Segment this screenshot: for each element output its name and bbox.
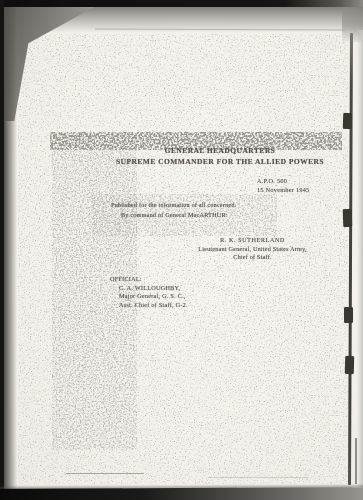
signature-rank: Lieutenant General, United States Army, [150, 246, 355, 255]
promulgation-paragraph: Published for the information of all con… [111, 201, 236, 220]
dateline: A.P.O. 500 15 November 1945 [257, 177, 310, 195]
apo-number: A.P.O. 500 [257, 177, 310, 186]
page-left-edge-shadow [4, 5, 17, 492]
official-label: OFFICIAL: [110, 276, 188, 285]
binding-mark [343, 209, 353, 227]
headquarters-line: GENERAL HEADQUARTERS [70, 146, 363, 157]
official-block: OFFICIAL: C. A. WILLOUGHBY, Major Genera… [110, 276, 188, 310]
scanner-edge-top [0, 0, 363, 7]
binding-mark [344, 307, 353, 323]
right-edge-shade [357, 30, 363, 490]
scanned-document-page: GENERAL HEADQUARTERS SUPREME COMMANDER F… [0, 0, 363, 500]
official-name: C. A. WILLOUGHBY, [119, 285, 188, 294]
commander-line: SUPREME COMMANDER FOR THE ALLIED POWERS [70, 157, 363, 168]
official-rank: Major General, G. S. C., [119, 293, 188, 302]
paper-crease-line [66, 473, 144, 474]
signature-name: R. K. SUTHERLAND [150, 237, 355, 246]
by-command-line: By command of General MacARTHUR: [121, 211, 236, 221]
signature-title: Chief of Staff. [150, 254, 355, 263]
binding-mark [343, 113, 353, 129]
signature-block: R. K. SUTHERLAND Lieutenant General, Uni… [150, 237, 355, 263]
document-title: GENERAL HEADQUARTERS SUPREME COMMANDER F… [70, 146, 363, 167]
official-title: Asst. Chief of Staff, G-2. [119, 302, 188, 311]
binding-mark [345, 356, 354, 374]
paper-crease-line-faint [208, 477, 308, 478]
scanner-edge-bottom [0, 487, 363, 500]
published-line: Published for the information of all con… [111, 201, 236, 211]
document-date: 15 November 1945 [257, 186, 310, 195]
scanner-edge-left [0, 0, 4, 500]
